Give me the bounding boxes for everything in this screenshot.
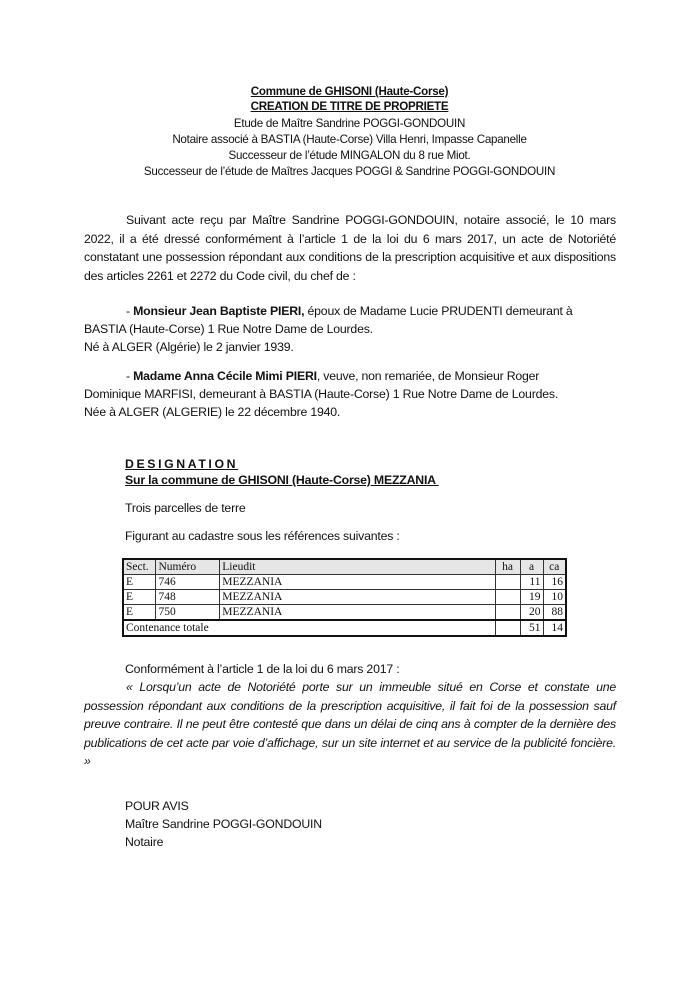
cell-a: 19 bbox=[520, 590, 543, 605]
cell-numero: 750 bbox=[156, 605, 220, 621]
document-page: Commune de GHISONI (Haute-Corse) CREATIO… bbox=[0, 0, 699, 989]
table-total-row: Contenance totale 51 14 bbox=[123, 620, 566, 636]
cell-a: 11 bbox=[520, 575, 543, 590]
header-a: a bbox=[520, 559, 543, 575]
person-2-line-1: - Madame Anna Cécile Mimi PIERI, veuve, … bbox=[126, 367, 539, 386]
person-2-line-3: Née à ALGER (ALGERIE) le 22 décembre 194… bbox=[84, 403, 340, 422]
header-lieudit: Lieudit bbox=[220, 559, 495, 575]
table-row: E 750 MEZZANIA 20 88 bbox=[123, 605, 566, 621]
person-1-line-1: - Monsieur Jean Baptiste PIERI, époux de… bbox=[126, 302, 573, 321]
cell-sect: E bbox=[123, 590, 156, 605]
signature-pour-avis: POUR AVIS bbox=[125, 797, 189, 816]
header-numero: Numéro bbox=[156, 559, 220, 575]
total-label: Contenance totale bbox=[123, 620, 495, 636]
cell-lieudit: MEZZANIA bbox=[220, 575, 495, 590]
person-1-name: Monsieur Jean Baptiste PIERI, bbox=[133, 304, 304, 318]
cadastre-intro: Figurant au cadastre sous les références… bbox=[125, 527, 400, 546]
designation-subtitle: Sur la commune de GHISONI (Haute-Corse) … bbox=[125, 471, 439, 490]
signature-title: Notaire bbox=[125, 833, 163, 852]
person-2-line-2: Dominique MARFISI, demeurant à BASTIA (H… bbox=[84, 385, 558, 404]
total-a: 51 bbox=[520, 620, 543, 636]
header-sect: Sect. bbox=[123, 559, 156, 575]
cell-lieudit: MEZZANIA bbox=[220, 605, 495, 621]
intro-text: Suivant acte reçu par Maître Sandrine PO… bbox=[84, 213, 616, 283]
cell-ha bbox=[495, 575, 520, 590]
cell-ca: 88 bbox=[543, 605, 566, 621]
cell-numero: 748 bbox=[156, 590, 220, 605]
successeur-line-2: Successeur de l’étude de Maîtres Jacques… bbox=[0, 164, 699, 179]
table-header-row: Sect. Numéro Lieudit ha a ca bbox=[123, 559, 566, 575]
cell-a: 20 bbox=[520, 605, 543, 621]
person-1-line-3: Né à ALGER (Algérie) le 2 janvier 1939. bbox=[84, 338, 294, 357]
table-row: E 746 MEZZANIA 11 16 bbox=[123, 575, 566, 590]
signature-name: Maître Sandrine POGGI-GONDOUIN bbox=[125, 815, 322, 834]
header-ha: ha bbox=[495, 559, 520, 575]
person-2-name: Madame Anna Cécile Mimi PIERI bbox=[133, 369, 317, 383]
successeur-line-1: Successeur de l’étude MINGALON du 8 rue … bbox=[0, 148, 699, 163]
person-1-line-2: BASTIA (Haute-Corse) 1 Rue Notre Dame de… bbox=[84, 320, 373, 339]
parcels-text: Trois parcelles de terre bbox=[125, 499, 246, 518]
cell-ha bbox=[495, 605, 520, 621]
header-ca: ca bbox=[543, 559, 566, 575]
total-ha bbox=[495, 620, 520, 636]
cell-ca: 16 bbox=[543, 575, 566, 590]
cell-numero: 746 bbox=[156, 575, 220, 590]
cadastre-table: Sect. Numéro Lieudit ha a ca E 746 MEZZA… bbox=[122, 558, 567, 637]
law-quote: « Lorsqu’un acte de Notoriété porte sur … bbox=[84, 678, 616, 771]
total-ca: 14 bbox=[543, 620, 566, 636]
cell-lieudit: MEZZANIA bbox=[220, 590, 495, 605]
etude-line: Etude de Maître Sandrine POGGI-GONDOUIN bbox=[0, 116, 699, 131]
intro-paragraph: Suivant acte reçu par Maître Sandrine PO… bbox=[84, 211, 616, 285]
cell-ha bbox=[495, 590, 520, 605]
cell-sect: E bbox=[123, 575, 156, 590]
table-row: E 748 MEZZANIA 19 10 bbox=[123, 590, 566, 605]
cell-sect: E bbox=[123, 605, 156, 621]
cell-ca: 10 bbox=[543, 590, 566, 605]
commune-title: Commune de GHISONI (Haute-Corse) bbox=[0, 84, 699, 99]
document-title: CREATION DE TITRE DE PROPRIETE bbox=[0, 99, 699, 114]
notaire-address-line: Notaire associé à BASTIA (Haute-Corse) V… bbox=[0, 132, 699, 147]
law-quote-text: « Lorsqu’un acte de Notoriété porte sur … bbox=[84, 680, 616, 768]
law-intro: Conformément à l’article 1 de la loi du … bbox=[125, 660, 399, 679]
